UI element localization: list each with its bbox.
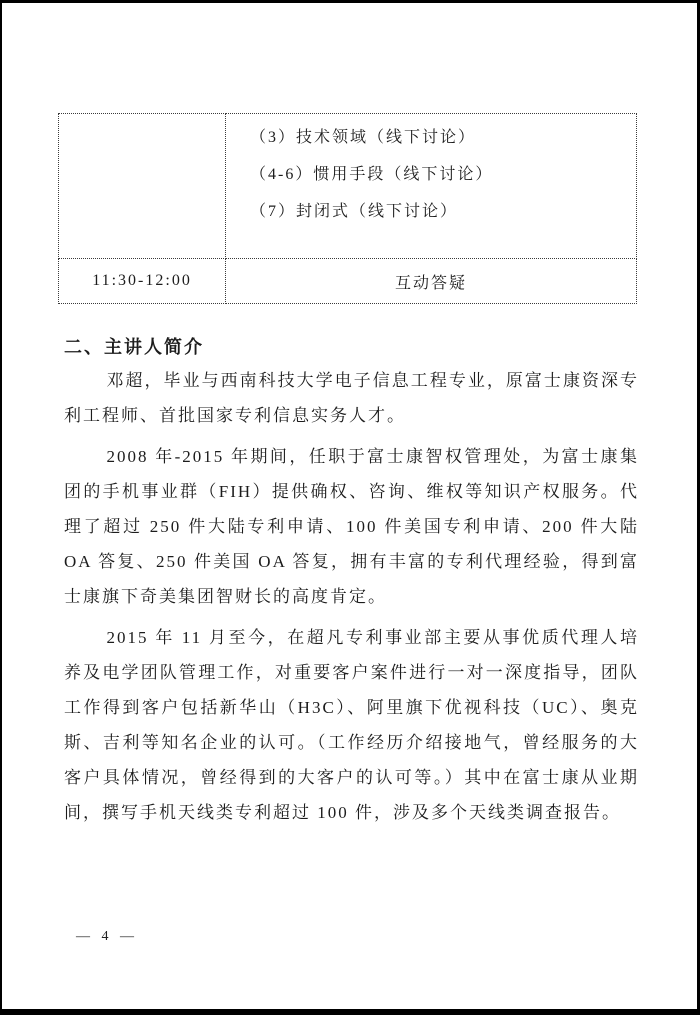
bio-paragraph: 2008 年-2015 年期间，任职于富士康智权管理处，为富士康集团的手机事业群… <box>64 439 639 614</box>
bio-paragraph: 2015 年 11 月至今，在超凡专利事业部主要从事优质代理人培养及电学团队管理… <box>64 620 639 830</box>
qa-cell: 互动答疑 <box>226 259 637 304</box>
schedule-table: （3）技术领域（线下讨论） （4-6）惯用手段（线下讨论） （7）封闭式（线下讨… <box>58 113 637 304</box>
agenda-cell: （3）技术领域（线下讨论） （4-6）惯用手段（线下讨论） （7）封闭式（线下讨… <box>226 114 637 259</box>
table-row: （3）技术领域（线下讨论） （4-6）惯用手段（线下讨论） （7）封闭式（线下讨… <box>59 114 637 259</box>
page-number: — 4 — <box>76 929 138 945</box>
agenda-line: （7）封闭式（线下讨论） <box>250 193 626 230</box>
speaker-bio: 邓超，毕业与西南科技大学电子信息工程专业，原富士康资深专利工程师、首批国家专利信… <box>64 363 639 836</box>
document-page: （3）技术领域（线下讨论） （4-6）惯用手段（线下讨论） （7）封闭式（线下讨… <box>0 0 700 1015</box>
time-cell: 11:30-12:00 <box>59 259 226 304</box>
table-row: 11:30-12:00 互动答疑 <box>59 259 637 304</box>
time-cell-empty <box>59 114 226 259</box>
bio-paragraph: 邓超，毕业与西南科技大学电子信息工程专业，原富士康资深专利工程师、首批国家专利信… <box>64 363 639 433</box>
agenda-line: （4-6）惯用手段（线下讨论） <box>250 156 626 193</box>
section-heading: 二、主讲人简介 <box>64 333 204 359</box>
agenda-line: （3）技术领域（线下讨论） <box>250 119 626 156</box>
